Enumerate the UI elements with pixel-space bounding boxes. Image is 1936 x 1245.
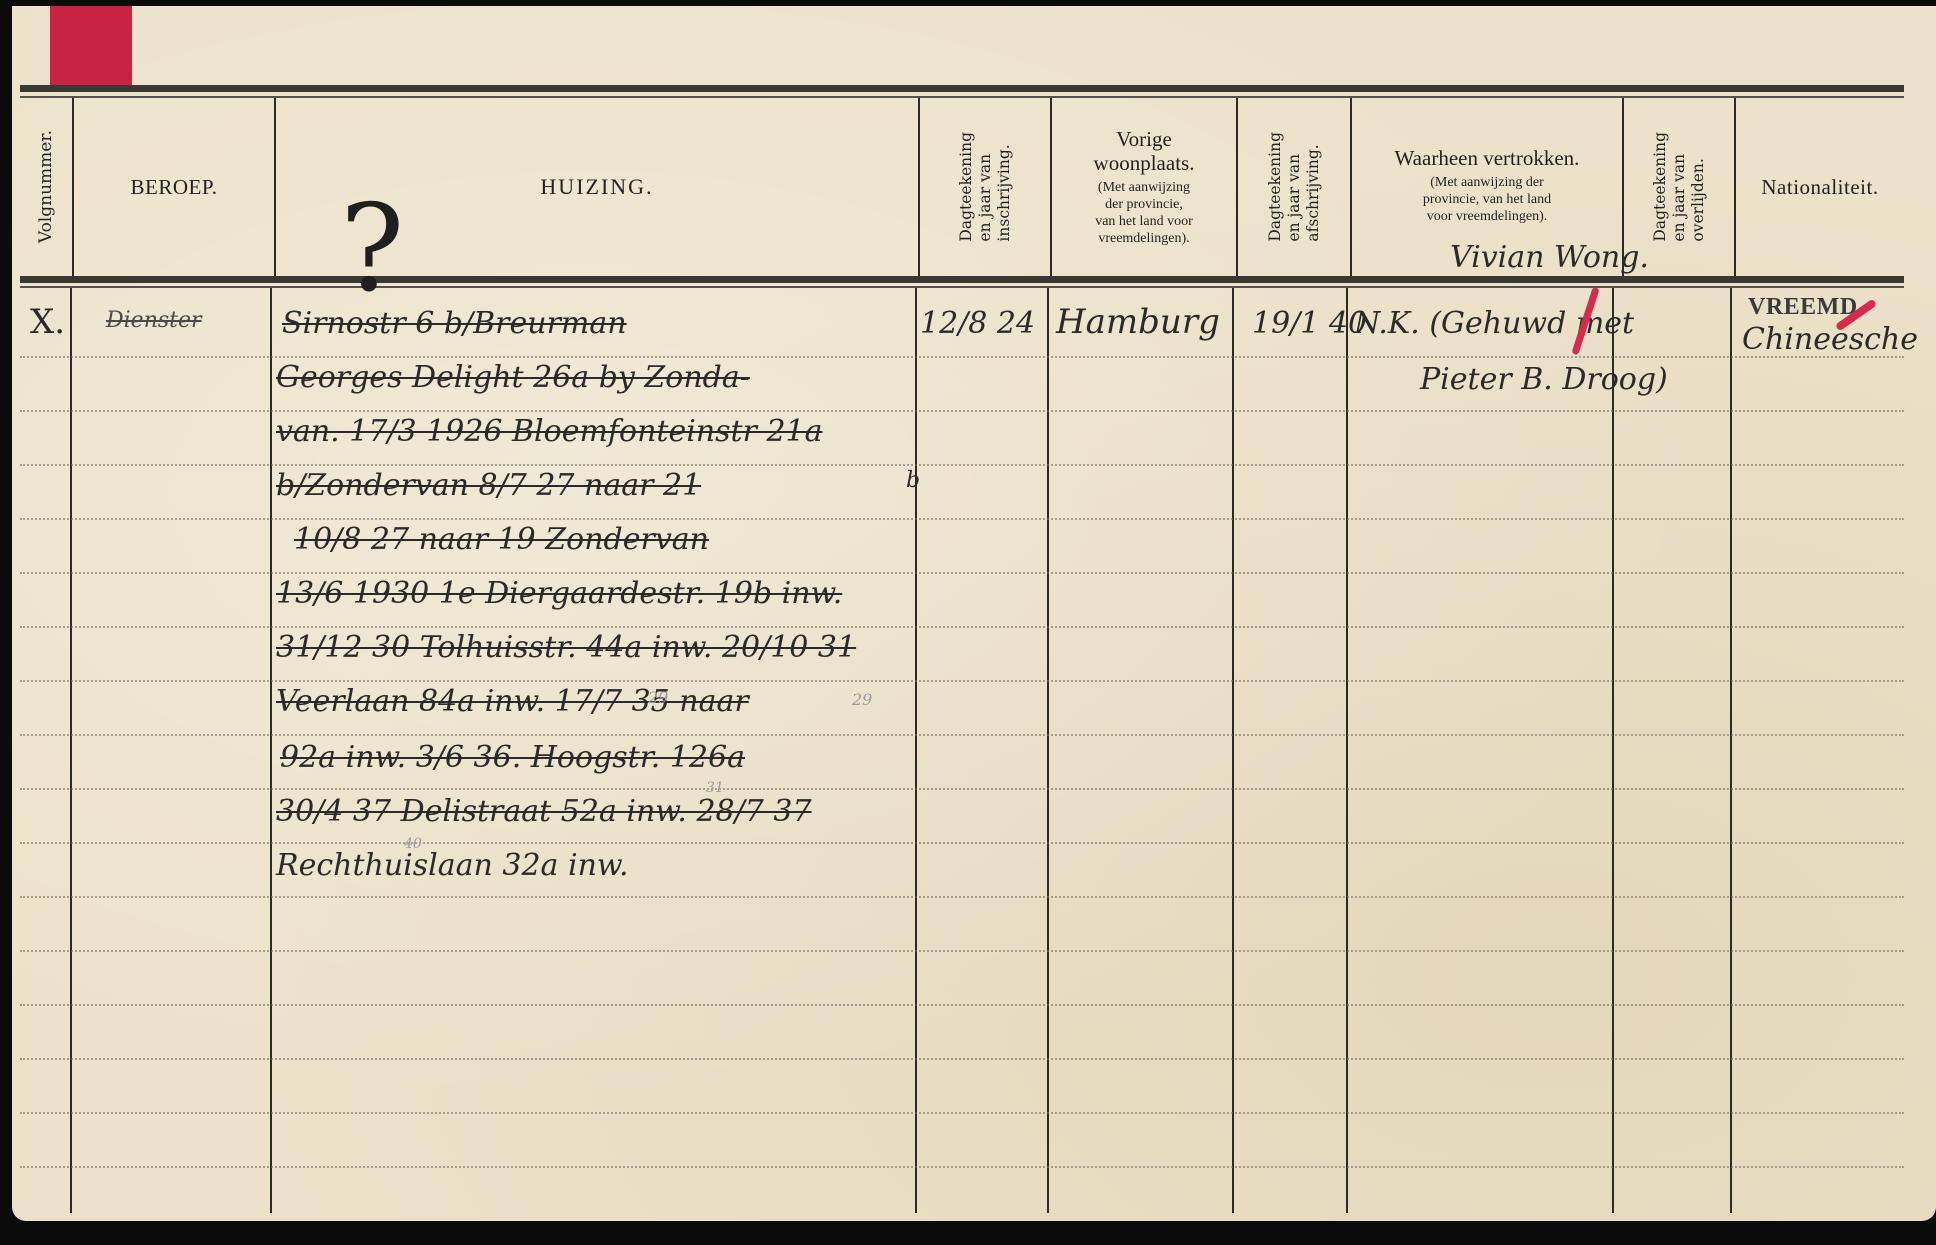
entry-volgnummer: X.	[30, 302, 65, 342]
entry-waarheen-line2: Pieter B. Droog)	[1420, 362, 1668, 397]
huizing-line: 30/4 37 Delistraat 52a inw. 28/7 37	[276, 794, 812, 829]
entry-beroep: Dienster	[106, 308, 202, 333]
header-afschrijving-label: Dagteekening en jaar van afschrijving.	[1266, 132, 1323, 242]
row-line	[20, 680, 1904, 682]
column-divider	[70, 288, 72, 1213]
row-line	[20, 1004, 1904, 1006]
header-bottom-thin-rule	[20, 286, 1904, 288]
huizing-pencil-note: 29	[852, 690, 872, 709]
column-divider	[270, 288, 272, 1213]
huizing-pencil-note: 40	[404, 836, 422, 852]
row-line	[20, 788, 1904, 790]
header-vorige-woonplaats-title: Vorige woonplaats.	[1094, 127, 1195, 175]
column-divider	[1612, 288, 1614, 1213]
header-beroep-label: BEROEP.	[131, 175, 218, 200]
column-divider	[1047, 288, 1049, 1213]
huizing-line: van. 17/3 1926 Bloemfonteinstr 21a	[276, 414, 823, 449]
row-line	[20, 1058, 1904, 1060]
header-waarheen-subtitle: (Met aanwijzing der provincie, van het l…	[1423, 174, 1551, 225]
row-line	[20, 572, 1904, 574]
header-inschrijving-label: Dagteekening en jaar van inschrijving.	[957, 132, 1014, 242]
huizing-pencil-note: 31	[706, 780, 724, 796]
header-vorige-woonplaats: Vorige woonplaats. (Met aanwijzing der p…	[1052, 98, 1236, 276]
entry-nationaliteit: Chineesche	[1742, 322, 1918, 357]
row-line	[20, 1112, 1904, 1114]
row-line	[20, 1166, 1904, 1168]
row-line	[20, 626, 1904, 628]
header-beroep: BEROEP.	[74, 98, 274, 276]
entry-vorige-woonplaats: Hamburg	[1056, 302, 1220, 342]
entry-afschrijving-date: 19/1 40	[1252, 306, 1367, 341]
header-vorige-woonplaats-subtitle: (Met aanwijzing der provincie, van het l…	[1095, 179, 1193, 247]
row-line	[20, 734, 1904, 736]
column-divider	[1730, 288, 1732, 1213]
huizing-line: Georges Delight 26a by Zonda-	[276, 360, 750, 395]
huizing-margin-mark: b	[906, 468, 920, 493]
header-volgnummer-label: Volgnummer.	[37, 130, 56, 243]
row-line	[20, 896, 1904, 898]
row-line	[20, 356, 1904, 358]
huizing-line: 13/6 1930 1e Diergaardestr. 19b inw.	[276, 576, 842, 611]
huizing-pencil-note: 29	[648, 688, 668, 707]
huizing-line: 92a inw. 3/6 36. Hoogstr. 126a	[280, 740, 745, 775]
header-bottom-rule	[20, 276, 1904, 283]
header-inschrijving: Dagteekening en jaar van inschrijving.	[920, 98, 1050, 276]
row-line	[20, 842, 1904, 844]
name-annotation: Vivian Wong.	[1450, 240, 1649, 275]
huizing-line-current: Rechthuislaan 32a inw.	[276, 848, 629, 883]
question-mark-annotation: ?	[340, 190, 404, 310]
column-divider	[1346, 288, 1348, 1213]
row-line	[20, 518, 1904, 520]
header-overlijden-label: Dagteekening en jaar van overlijden.	[1651, 132, 1708, 242]
row-line	[20, 464, 1904, 466]
entry-inschrijving-date: 12/8 24	[920, 306, 1035, 341]
row-line	[20, 950, 1904, 952]
column-divider	[1232, 288, 1234, 1213]
header-nationaliteit-label: Nationaliteit.	[1761, 175, 1878, 200]
header-afschrijving: Dagteekening en jaar van afschrijving.	[1238, 98, 1350, 276]
red-index-tab	[50, 6, 132, 86]
header-waarheen-title: Waarheen vertrokken.	[1395, 146, 1580, 170]
column-divider	[915, 288, 917, 1213]
header-top-rule	[20, 85, 1904, 92]
huizing-line: Veerlaan 84a inw. 17/7 35 naar	[276, 684, 749, 719]
header-volgnummer: Volgnummer.	[20, 98, 72, 276]
huizing-line: b/Zondervan 8/7 27 naar 21	[276, 468, 701, 503]
header-nationaliteit: Nationaliteit.	[1736, 98, 1904, 276]
huizing-line: 31/12 30 Tolhuisstr. 44a inw. 20/10 31	[276, 630, 856, 665]
header-huizing-label: HUIZING.	[540, 174, 653, 200]
huizing-line: 10/8 27 naar 19 Zondervan	[294, 522, 709, 557]
huizing-line: Sirnostr 6 b/Breurman	[282, 306, 627, 341]
row-line	[20, 410, 1904, 412]
